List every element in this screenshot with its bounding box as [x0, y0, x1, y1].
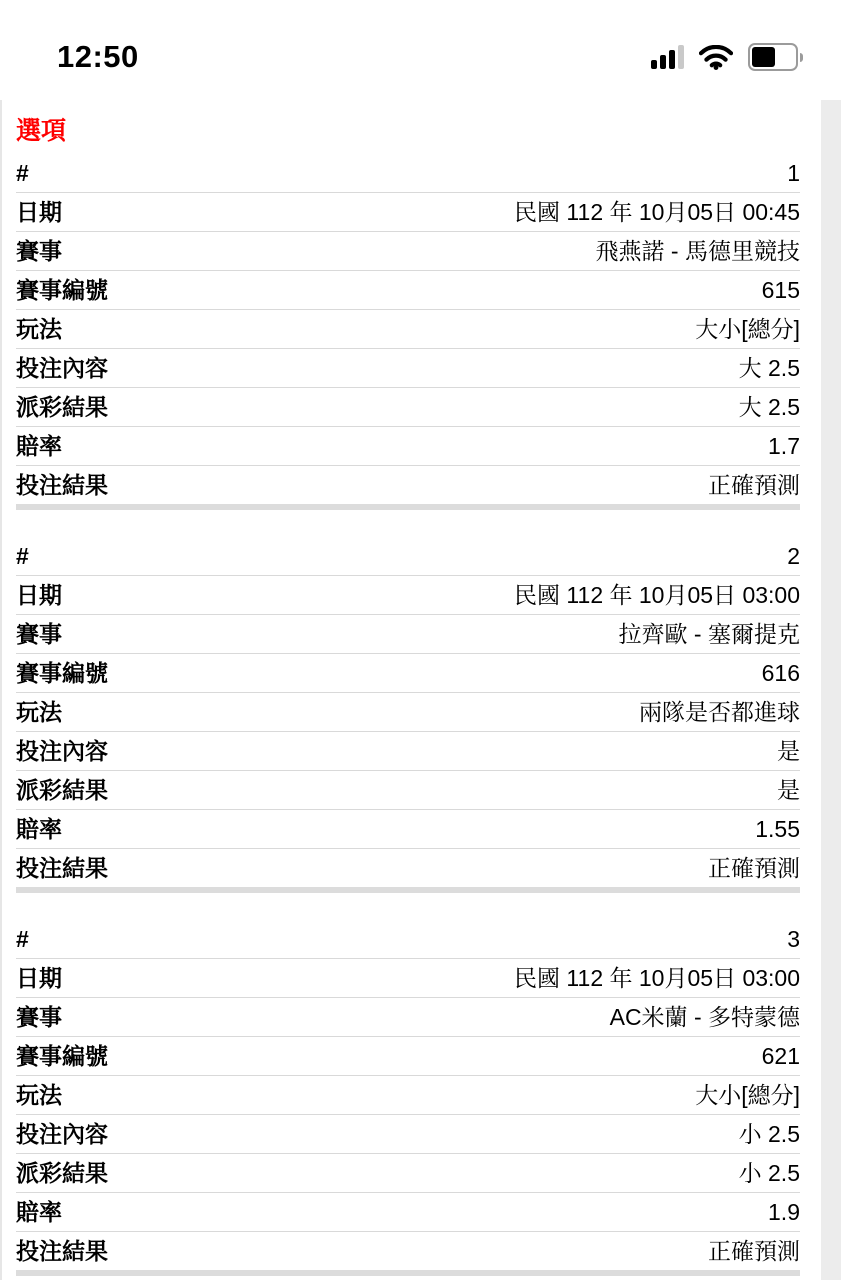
- field-label: 投注結果: [16, 849, 108, 887]
- field-label: 賠率: [16, 1193, 62, 1231]
- table-row: 派彩結果 大 2.5: [16, 387, 800, 426]
- field-value: 大小[總分]: [695, 1076, 800, 1114]
- status-icons: [651, 43, 803, 71]
- table-row: 賽事編號 616: [16, 653, 800, 692]
- field-label: 日期: [16, 193, 62, 231]
- field-label: 賽事編號: [16, 654, 108, 692]
- table-row: 賽事編號 621: [16, 1036, 800, 1075]
- bet-record-2: # 2 日期 民國 112 年 10月05日 03:00 賽事 拉齊歐 - 塞爾…: [16, 537, 800, 893]
- field-value: 拉齊歐 - 塞爾提克: [619, 615, 800, 653]
- field-value: 1.9: [768, 1193, 800, 1231]
- field-value: 飛燕諾 - 馬德里競技: [596, 232, 800, 270]
- field-value: 2: [787, 537, 800, 575]
- record-divider: [16, 1270, 800, 1276]
- field-label: 投注內容: [16, 732, 108, 770]
- cellular-signal-icon: [651, 45, 684, 69]
- table-row: 賠率 1.9: [16, 1192, 800, 1231]
- table-row: 賠率 1.7: [16, 426, 800, 465]
- table-row: 日期 民國 112 年 10月05日 00:45: [16, 192, 800, 231]
- field-value: 1.55: [755, 810, 800, 848]
- field-label: 投注內容: [16, 1115, 108, 1153]
- field-value: AC米蘭 - 多特蒙德: [610, 998, 800, 1036]
- page-title: 選項: [16, 115, 800, 147]
- field-value: 正確預測: [708, 466, 800, 504]
- field-label: 賽事: [16, 615, 62, 653]
- field-label: 玩法: [16, 693, 62, 731]
- table-row: 賽事 飛燕諾 - 馬德里競技: [16, 231, 800, 270]
- table-row: 賽事編號 615: [16, 270, 800, 309]
- bet-record-1: # 1 日期 民國 112 年 10月05日 00:45 賽事 飛燕諾 - 馬德…: [16, 154, 800, 510]
- field-value: 616: [762, 654, 800, 692]
- scrollbar-track[interactable]: [821, 100, 841, 1280]
- field-label: 派彩結果: [16, 1154, 108, 1192]
- record-divider: [16, 887, 800, 893]
- field-value: 615: [762, 271, 800, 309]
- field-label: 玩法: [16, 310, 62, 348]
- table-row: 賽事 AC米蘭 - 多特蒙德: [16, 997, 800, 1036]
- status-time: 12:50: [57, 39, 139, 75]
- field-value: 正確預測: [708, 849, 800, 887]
- table-row: 投注結果 正確預測: [16, 1231, 800, 1270]
- table-row: 玩法 大小[總分]: [16, 309, 800, 348]
- table-row: 派彩結果 小 2.5: [16, 1153, 800, 1192]
- table-row: 投注內容 小 2.5: [16, 1114, 800, 1153]
- field-value: 是: [777, 732, 800, 770]
- field-label: 派彩結果: [16, 388, 108, 426]
- field-label: #: [16, 920, 29, 958]
- bet-record-3: # 3 日期 民國 112 年 10月05日 03:00 賽事 AC米蘭 - 多…: [16, 920, 800, 1276]
- table-row: 投注內容 大 2.5: [16, 348, 800, 387]
- field-label: 投注內容: [16, 349, 108, 387]
- table-row: # 1: [16, 154, 800, 192]
- table-row: 日期 民國 112 年 10月05日 03:00: [16, 575, 800, 614]
- table-row: 投注結果 正確預測: [16, 848, 800, 887]
- field-label: 賠率: [16, 810, 62, 848]
- field-value: 3: [787, 920, 800, 958]
- field-value: 小 2.5: [739, 1154, 800, 1192]
- battery-icon: [748, 43, 803, 71]
- table-row: 賽事 拉齊歐 - 塞爾提克: [16, 614, 800, 653]
- field-label: 日期: [16, 959, 62, 997]
- field-label: 日期: [16, 576, 62, 614]
- field-label: 玩法: [16, 1076, 62, 1114]
- table-row: 玩法 兩隊是否都進球: [16, 692, 800, 731]
- field-label: 投注結果: [16, 466, 108, 504]
- battery-fill: [752, 47, 775, 67]
- field-value: 是: [777, 771, 800, 809]
- table-row: # 2: [16, 537, 800, 575]
- field-value: 兩隊是否都進球: [639, 693, 800, 731]
- field-label: 賽事: [16, 232, 62, 270]
- field-value: 1: [787, 154, 800, 192]
- field-value: 正確預測: [708, 1232, 800, 1270]
- field-value: 621: [762, 1037, 800, 1075]
- wifi-icon: [699, 45, 733, 70]
- field-value: 1.7: [768, 427, 800, 465]
- field-value: 民國 112 年 10月05日 00:45: [514, 193, 800, 231]
- field-label: 投注結果: [16, 1232, 108, 1270]
- field-value: 民國 112 年 10月05日 03:00: [514, 959, 800, 997]
- table-row: 玩法 大小[總分]: [16, 1075, 800, 1114]
- field-label: 賠率: [16, 427, 62, 465]
- table-row: 日期 民國 112 年 10月05日 03:00: [16, 958, 800, 997]
- field-value: 大小[總分]: [695, 310, 800, 348]
- field-value: 大 2.5: [739, 388, 800, 426]
- record-divider: [16, 504, 800, 510]
- table-row: 投注結果 正確預測: [16, 465, 800, 504]
- field-value: 大 2.5: [739, 349, 800, 387]
- field-label: 派彩結果: [16, 771, 108, 809]
- field-value: 小 2.5: [739, 1115, 800, 1153]
- table-row: 派彩結果 是: [16, 770, 800, 809]
- field-label: 賽事編號: [16, 271, 108, 309]
- table-row: 投注內容 是: [16, 731, 800, 770]
- table-row: 賠率 1.55: [16, 809, 800, 848]
- field-label: 賽事編號: [16, 1037, 108, 1075]
- field-label: #: [16, 537, 29, 575]
- field-value: 民國 112 年 10月05日 03:00: [514, 576, 800, 614]
- content-area: 選項 # 1 日期 民國 112 年 10月05日 00:45 賽事 飛燕諾 -…: [0, 100, 821, 1280]
- table-row: # 3: [16, 920, 800, 958]
- field-label: 賽事: [16, 998, 62, 1036]
- status-bar: 12:50: [0, 0, 841, 100]
- field-label: #: [16, 154, 29, 192]
